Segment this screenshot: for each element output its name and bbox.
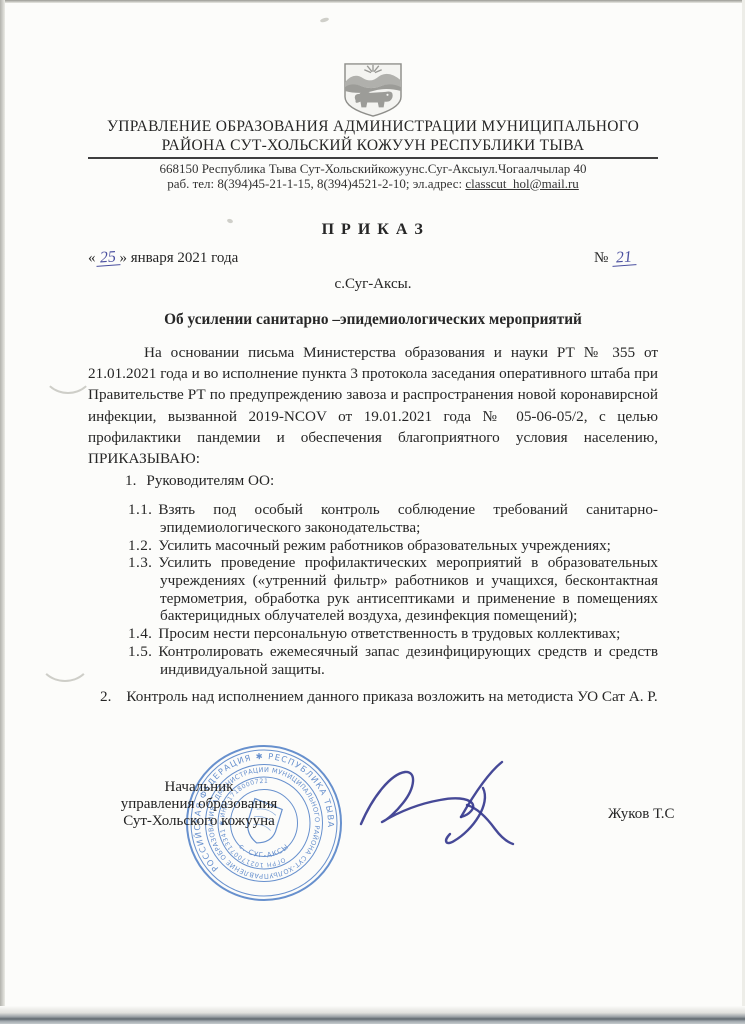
binder-hole-mark bbox=[38, 634, 92, 682]
letterhead-divider bbox=[88, 157, 658, 159]
subitem-number: 1.1. bbox=[128, 501, 152, 518]
order-subitem: 1.4.Просим нести персональную ответствен… bbox=[128, 625, 658, 643]
contacts-line: раб. тел: 8(394)45-21-1-15, 8(394)4521-2… bbox=[88, 177, 658, 192]
signer-name: Жуков Т.С bbox=[608, 806, 674, 823]
subitem-text: Усилить масочный режим работников образо… bbox=[158, 537, 611, 554]
order-number: № 21 bbox=[594, 249, 658, 268]
signature-scrawl bbox=[355, 758, 530, 850]
subitem-number: 1.3. bbox=[128, 554, 152, 571]
subitem-number: 1.2. bbox=[128, 537, 152, 554]
org-name-line2: РАЙОНА СУТ-ХОЛЬСКИЙ КОЖУУН РЕСПУБЛИКИ ТЫ… bbox=[88, 137, 658, 156]
scan-edge-left bbox=[0, 0, 5, 1024]
order-subitem: 1.2.Усилить масочный режим работников об… bbox=[128, 537, 658, 555]
item-number: 2. bbox=[100, 688, 111, 705]
order-subitem: 1.1.Взять под особый контроль соблюдение… bbox=[128, 501, 658, 536]
place-line: с.Суг-Аксы. bbox=[88, 275, 658, 294]
scanned-document-page: УПРАВЛЕНИЕ ОБРАЗОВАНИЯ АДМИНИСТРАЦИИ МУН… bbox=[0, 0, 745, 1024]
order-item-2: 2.Контроль над исполнением данного прика… bbox=[100, 687, 658, 706]
subitem-text: Усилить проведение профилактических меро… bbox=[158, 554, 658, 624]
address-line: 668150 Республика Тыва Сут-Хольскийкожуу… bbox=[88, 162, 658, 177]
item-number: 1. bbox=[125, 472, 136, 489]
order-document: УПРАВЛЕНИЕ ОБРАЗОВАНИЯ АДМИНИСТРАЦИИ МУН… bbox=[88, 0, 658, 706]
order-number-handwritten: 21 bbox=[612, 250, 637, 267]
subitem-text: Контролировать ежемесячный запас дезинфи… bbox=[158, 643, 658, 678]
date-number-row: «25» января 2021 года № 21 bbox=[88, 249, 658, 268]
subitem-number: 1.4. bbox=[128, 625, 152, 642]
date-open-quote: « bbox=[88, 250, 96, 266]
coat-of-arms-icon bbox=[341, 62, 405, 118]
issue-date-day-handwritten: 25 bbox=[95, 250, 120, 267]
item-text: Руководителям ОО: bbox=[146, 472, 274, 489]
doc-type-title: П Р И К А З bbox=[88, 220, 658, 239]
scan-edge-bottom bbox=[0, 1006, 745, 1024]
email-link: classcut_hol@mail.ru bbox=[465, 176, 578, 191]
subitem-text: Просим нести персональную ответственност… bbox=[158, 625, 620, 642]
number-label: № bbox=[594, 250, 608, 266]
date-rest: » января 2021 года bbox=[120, 250, 239, 266]
signer-position: Начальник управления образования Сут-Хол… bbox=[96, 779, 302, 829]
order-subitem-list: 1.1.Взять под особый контроль соблюдение… bbox=[128, 501, 658, 678]
subject-line: Об усилении санитарно –эпидемиологически… bbox=[88, 310, 658, 329]
binder-hole-mark bbox=[42, 348, 94, 394]
signer-position-line2: управления образования bbox=[96, 796, 302, 813]
order-item-1: 1.Руководителям ОО: bbox=[125, 472, 658, 490]
signer-position-line1: Начальник bbox=[96, 779, 302, 796]
signer-position-line3: Сут-Хольского кожууна bbox=[96, 813, 302, 830]
subitem-text: Взять под особый контроль соблюдение тре… bbox=[158, 501, 658, 536]
subitem-number: 1.5. bbox=[128, 643, 152, 660]
item-text: Контроль над исполнением данного приказа… bbox=[126, 688, 657, 705]
order-subitem: 1.5.Контролировать ежемесячный запас дез… bbox=[128, 643, 658, 678]
preamble-paragraph: На основании письма Министерства образов… bbox=[88, 342, 658, 469]
contacts-text: раб. тел: 8(394)45-21-1-15, 8(394)4521-2… bbox=[167, 176, 465, 191]
org-name-line1: УПРАВЛЕНИЕ ОБРАЗОВАНИЯ АДМИНИСТРАЦИИ МУН… bbox=[88, 118, 658, 137]
issue-date: «25» января 2021 года bbox=[88, 249, 238, 268]
order-subitem: 1.3.Усилить проведение профилактических … bbox=[128, 554, 658, 625]
